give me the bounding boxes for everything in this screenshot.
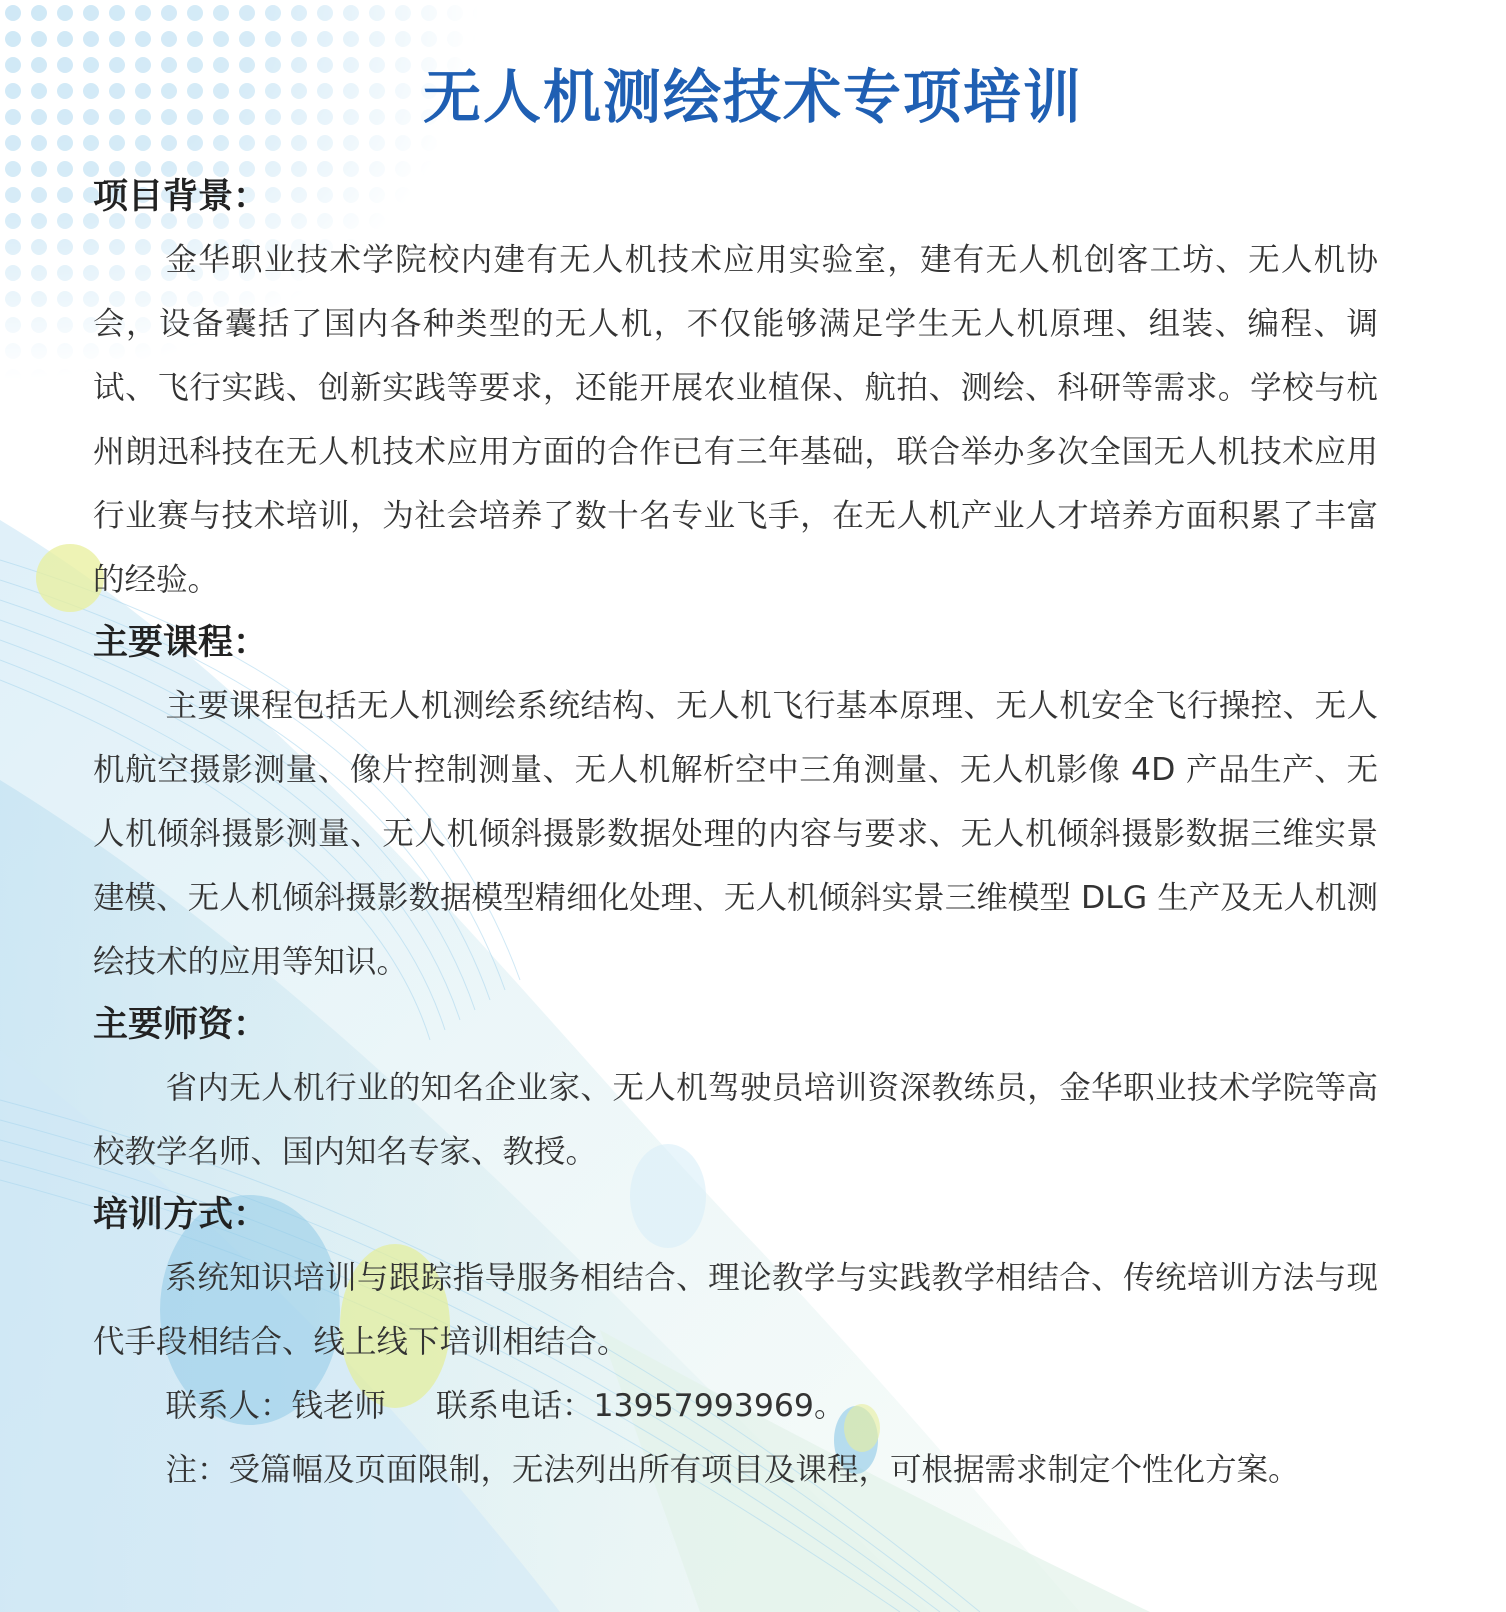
background-paragraph: 金华职业技术学院校内建有无人机技术应用实验室，建有无人机创客工坊、无人机协会，设… bbox=[93, 228, 1378, 612]
content-body: 项目背景： 金华职业技术学院校内建有无人机技术应用实验室，建有无人机创客工坊、无… bbox=[93, 166, 1378, 1502]
faculty-paragraph: 省内无人机行业的知名企业家、无人机驾驶员培训资深教练员，金华职业技术学院等高校教… bbox=[93, 1056, 1378, 1184]
section-heading-faculty: 主要师资： bbox=[93, 994, 1378, 1056]
page-title: 无人机测绘技术专项培训 bbox=[0, 57, 1506, 137]
contact-line: 联系人：钱老师 联系电话：13957993969。 bbox=[93, 1374, 1378, 1438]
section-courses: 主要课程： 主要课程包括无人机测绘系统结构、无人机飞行基本原理、无人机安全飞行操… bbox=[93, 612, 1378, 994]
section-heading-background: 项目背景： bbox=[93, 166, 1378, 228]
section-faculty: 主要师资： 省内无人机行业的知名企业家、无人机驾驶员培训资深教练员，金华职业技术… bbox=[93, 994, 1378, 1184]
section-heading-courses: 主要课程： bbox=[93, 612, 1378, 674]
note-paragraph: 注：受篇幅及页面限制，无法列出所有项目及课程，可根据需求制定个性化方案。 bbox=[93, 1438, 1378, 1502]
section-heading-training-method: 培训方式： bbox=[93, 1184, 1378, 1246]
courses-paragraph: 主要课程包括无人机测绘系统结构、无人机飞行基本原理、无人机安全飞行操控、无人机航… bbox=[93, 674, 1378, 994]
section-training-method: 培训方式： 系统知识培训与跟踪指导服务相结合、理论教学与实践教学相结合、传统培训… bbox=[93, 1184, 1378, 1374]
flyer-page: 无人机测绘技术专项培训 项目背景： 金华职业技术学院校内建有无人机技术应用实验室… bbox=[0, 0, 1506, 1612]
section-background: 项目背景： 金华职业技术学院校内建有无人机技术应用实验室，建有无人机创客工坊、无… bbox=[93, 166, 1378, 612]
training-method-paragraph: 系统知识培训与跟踪指导服务相结合、理论教学与实践教学相结合、传统培训方法与现代手… bbox=[93, 1246, 1378, 1374]
